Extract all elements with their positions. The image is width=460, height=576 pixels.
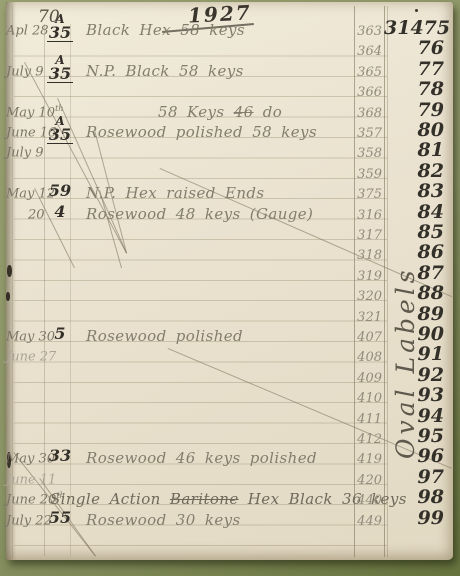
serial-number: 98	[384, 486, 452, 508]
entry-model: A35	[45, 13, 75, 42]
batch-number: 319	[348, 269, 382, 284]
entry-model-number: 55	[47, 510, 73, 526]
batch-number: 358	[348, 146, 382, 161]
entry-model: 59	[45, 183, 75, 199]
batch-number: 316	[348, 208, 382, 223]
entry-model: A35	[45, 115, 75, 144]
entry-model: 33	[45, 448, 75, 464]
batch-number: 375	[348, 187, 382, 202]
entry-description: N.P. Hex raised Ends	[86, 184, 264, 202]
entry-model: A35	[45, 54, 75, 83]
entry-model-number: 59	[47, 183, 73, 199]
entry-description: Rosewood polished	[86, 327, 243, 345]
serial-number: 80	[384, 119, 452, 141]
batch-number: 412	[348, 432, 382, 447]
batch-number: 420	[348, 473, 382, 488]
serial-number: 81	[384, 139, 452, 161]
entry-model-number: 5	[52, 326, 67, 342]
batch-number: 363	[348, 24, 382, 39]
serial-number: 97	[384, 466, 452, 488]
serial-number: 31475	[384, 17, 452, 39]
entry-description: Rosewood 30 keys	[86, 511, 241, 529]
batch-number: 359	[348, 167, 382, 182]
batch-number: 368	[348, 106, 382, 121]
struck-text: 46	[234, 103, 254, 121]
entry-description: N.P. Black 58 keys	[86, 62, 244, 80]
entry-model: 5	[45, 326, 75, 342]
batch-number: 449	[348, 514, 382, 529]
batch-number: 440	[348, 493, 382, 508]
batch-number: 364	[348, 44, 382, 59]
entry-date: June 11	[6, 471, 56, 487]
batch-number: 320	[348, 289, 382, 304]
serial-number: 77	[384, 58, 452, 80]
entry-date: June 27	[6, 348, 56, 364]
batch-number: 407	[348, 330, 382, 345]
serial-number: 99	[384, 507, 452, 529]
batch-number: 366	[348, 85, 382, 100]
entry-description: 58 Keys 46 do	[158, 103, 282, 121]
batch-number: 409	[348, 371, 382, 386]
entry-description: Rosewood polished 58 keys	[86, 123, 317, 141]
entry-description: Black Hex 58 keys	[86, 21, 245, 39]
batch-number: 410	[348, 391, 382, 406]
struck-text: Baritone	[170, 490, 239, 508]
batch-number: 365	[348, 65, 382, 80]
serial-number: 76	[384, 37, 452, 59]
batch-number: 419	[348, 452, 382, 467]
batch-number: 357	[348, 126, 382, 141]
batch-number: 317	[348, 228, 382, 243]
entry-date: July 9	[6, 63, 44, 79]
batch-number: 321	[348, 310, 382, 325]
entry-model: 55	[45, 510, 75, 526]
entry-description: Rosewood 46 keys polished	[86, 449, 317, 467]
entry-model-number: 4	[52, 204, 67, 220]
ink-dot	[415, 9, 418, 12]
serial-number: 78	[384, 78, 452, 100]
vertical-margin-note: Oval Labels	[391, 167, 425, 459]
batch-number: 318	[348, 248, 382, 263]
ledger-row: July 22 55 Rosewood 30 keys 449 99	[0, 510, 460, 531]
entry-date: Apl 28	[6, 22, 49, 38]
entry-date: 20	[28, 206, 45, 222]
entry-description: Rosewood 48 keys (Gauge)	[86, 205, 313, 223]
batch-number: 411	[348, 412, 382, 427]
batch-number: 408	[348, 350, 382, 365]
entry-date: July 9	[6, 144, 44, 160]
entry-model: 4	[45, 204, 75, 220]
entry-model-number: 33	[47, 448, 73, 464]
serial-number: 79	[384, 99, 452, 121]
